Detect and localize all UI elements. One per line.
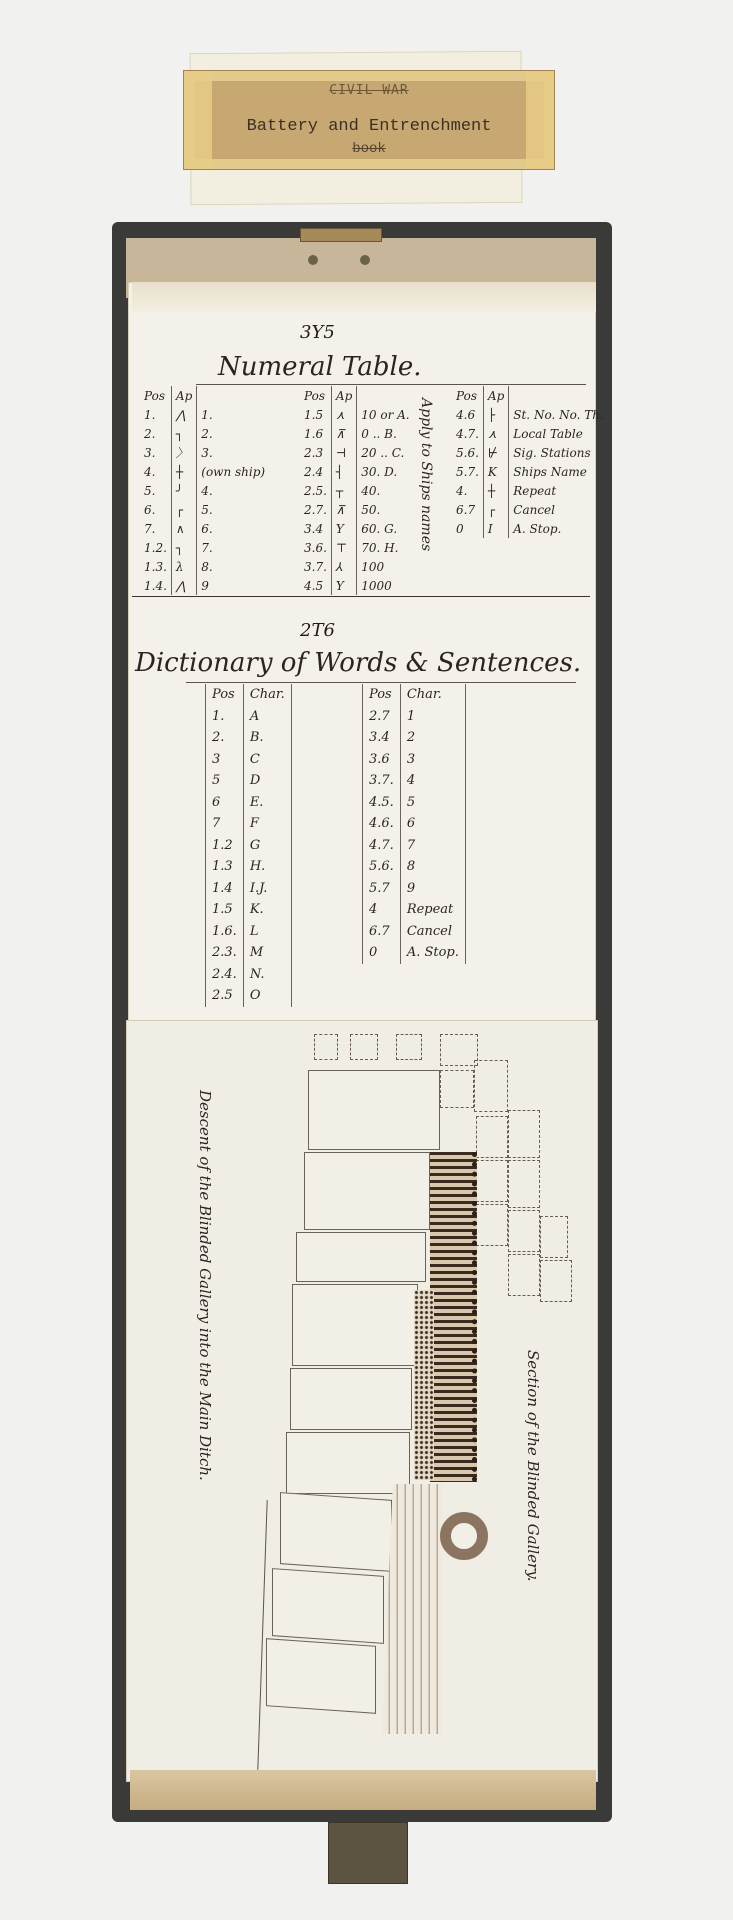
clasp-hinge-bottom (328, 1822, 408, 1884)
caption-descent: Descent of the Blinded Gallery into the … (196, 1090, 214, 1630)
brick (508, 1110, 540, 1158)
gallery-frame (290, 1368, 412, 1430)
gallery-frame (286, 1432, 410, 1494)
ships-names-note: Apply to Ships names (418, 398, 434, 578)
rule (186, 682, 576, 683)
clasp-hinge-top (300, 228, 382, 242)
dictionary-left-table: PosChar. 1.A 2.B. 3C 5D 6E. 7F 1.2G 1.3H… (205, 684, 292, 1007)
brick (314, 1034, 338, 1060)
rivet (308, 255, 318, 265)
descent-frame (266, 1638, 376, 1714)
label-title: Battery and Entrenchment (184, 117, 554, 136)
gallery-frame (292, 1284, 418, 1366)
numeral-col-2: PosAp 1.5⋏10 or A. 1.6⊼0 .. B. 2.3⊣20 ..… (300, 386, 435, 595)
page-edges-bottom (130, 1770, 596, 1810)
label-line-3: book (184, 141, 554, 157)
brick (476, 1116, 508, 1158)
brick (540, 1216, 568, 1258)
section-divider (132, 596, 590, 597)
book-label: CIVIL WAR Battery and Entrenchment book (183, 70, 555, 170)
numeral-table-title: Numeral Table. (218, 352, 421, 382)
rubble-fill (414, 1290, 434, 1480)
brick (476, 1160, 508, 1202)
gabion-fascine-revetment (430, 1152, 477, 1482)
numeral-col-1: PosAp 1.⋀1. 2.┐2. 3.〉3. 4.┼(own ship) 5.… (140, 386, 275, 595)
rule (196, 384, 586, 385)
brick (440, 1070, 474, 1108)
brick (474, 1060, 508, 1112)
brick (476, 1204, 508, 1246)
gallery-frame (304, 1152, 430, 1230)
brick (508, 1210, 540, 1252)
gallery-frame (296, 1232, 426, 1282)
descent-frame (272, 1568, 384, 1644)
brick (508, 1160, 540, 1208)
caption-section: Section of the Blinded Gallery. (524, 1350, 542, 1710)
brick (540, 1260, 572, 1302)
dictionary-title: Dictionary of Words & Sentences. (135, 648, 581, 678)
code-symbol-3y5: 3Y5 (300, 322, 335, 343)
code-symbol-2t6: 2T6 (300, 620, 335, 641)
descent-frame (280, 1492, 392, 1572)
label-line-1: CIVIL WAR (184, 83, 554, 98)
brick (440, 1034, 478, 1066)
page-edges-top (132, 282, 596, 312)
brick (508, 1254, 540, 1296)
dictionary-right-table: PosChar. 2.71 3.42 3.63 3.7.4 4.5.5 4.6.… (362, 684, 466, 964)
gallery-section-ring (440, 1512, 488, 1560)
brick (396, 1034, 422, 1060)
gallery-frame (308, 1070, 440, 1150)
numeral-col-3: PosAp 4.6├St. No. No. Th. 4.7.⋏Local Tab… (452, 386, 608, 538)
rivet (360, 255, 370, 265)
brick (350, 1034, 378, 1060)
